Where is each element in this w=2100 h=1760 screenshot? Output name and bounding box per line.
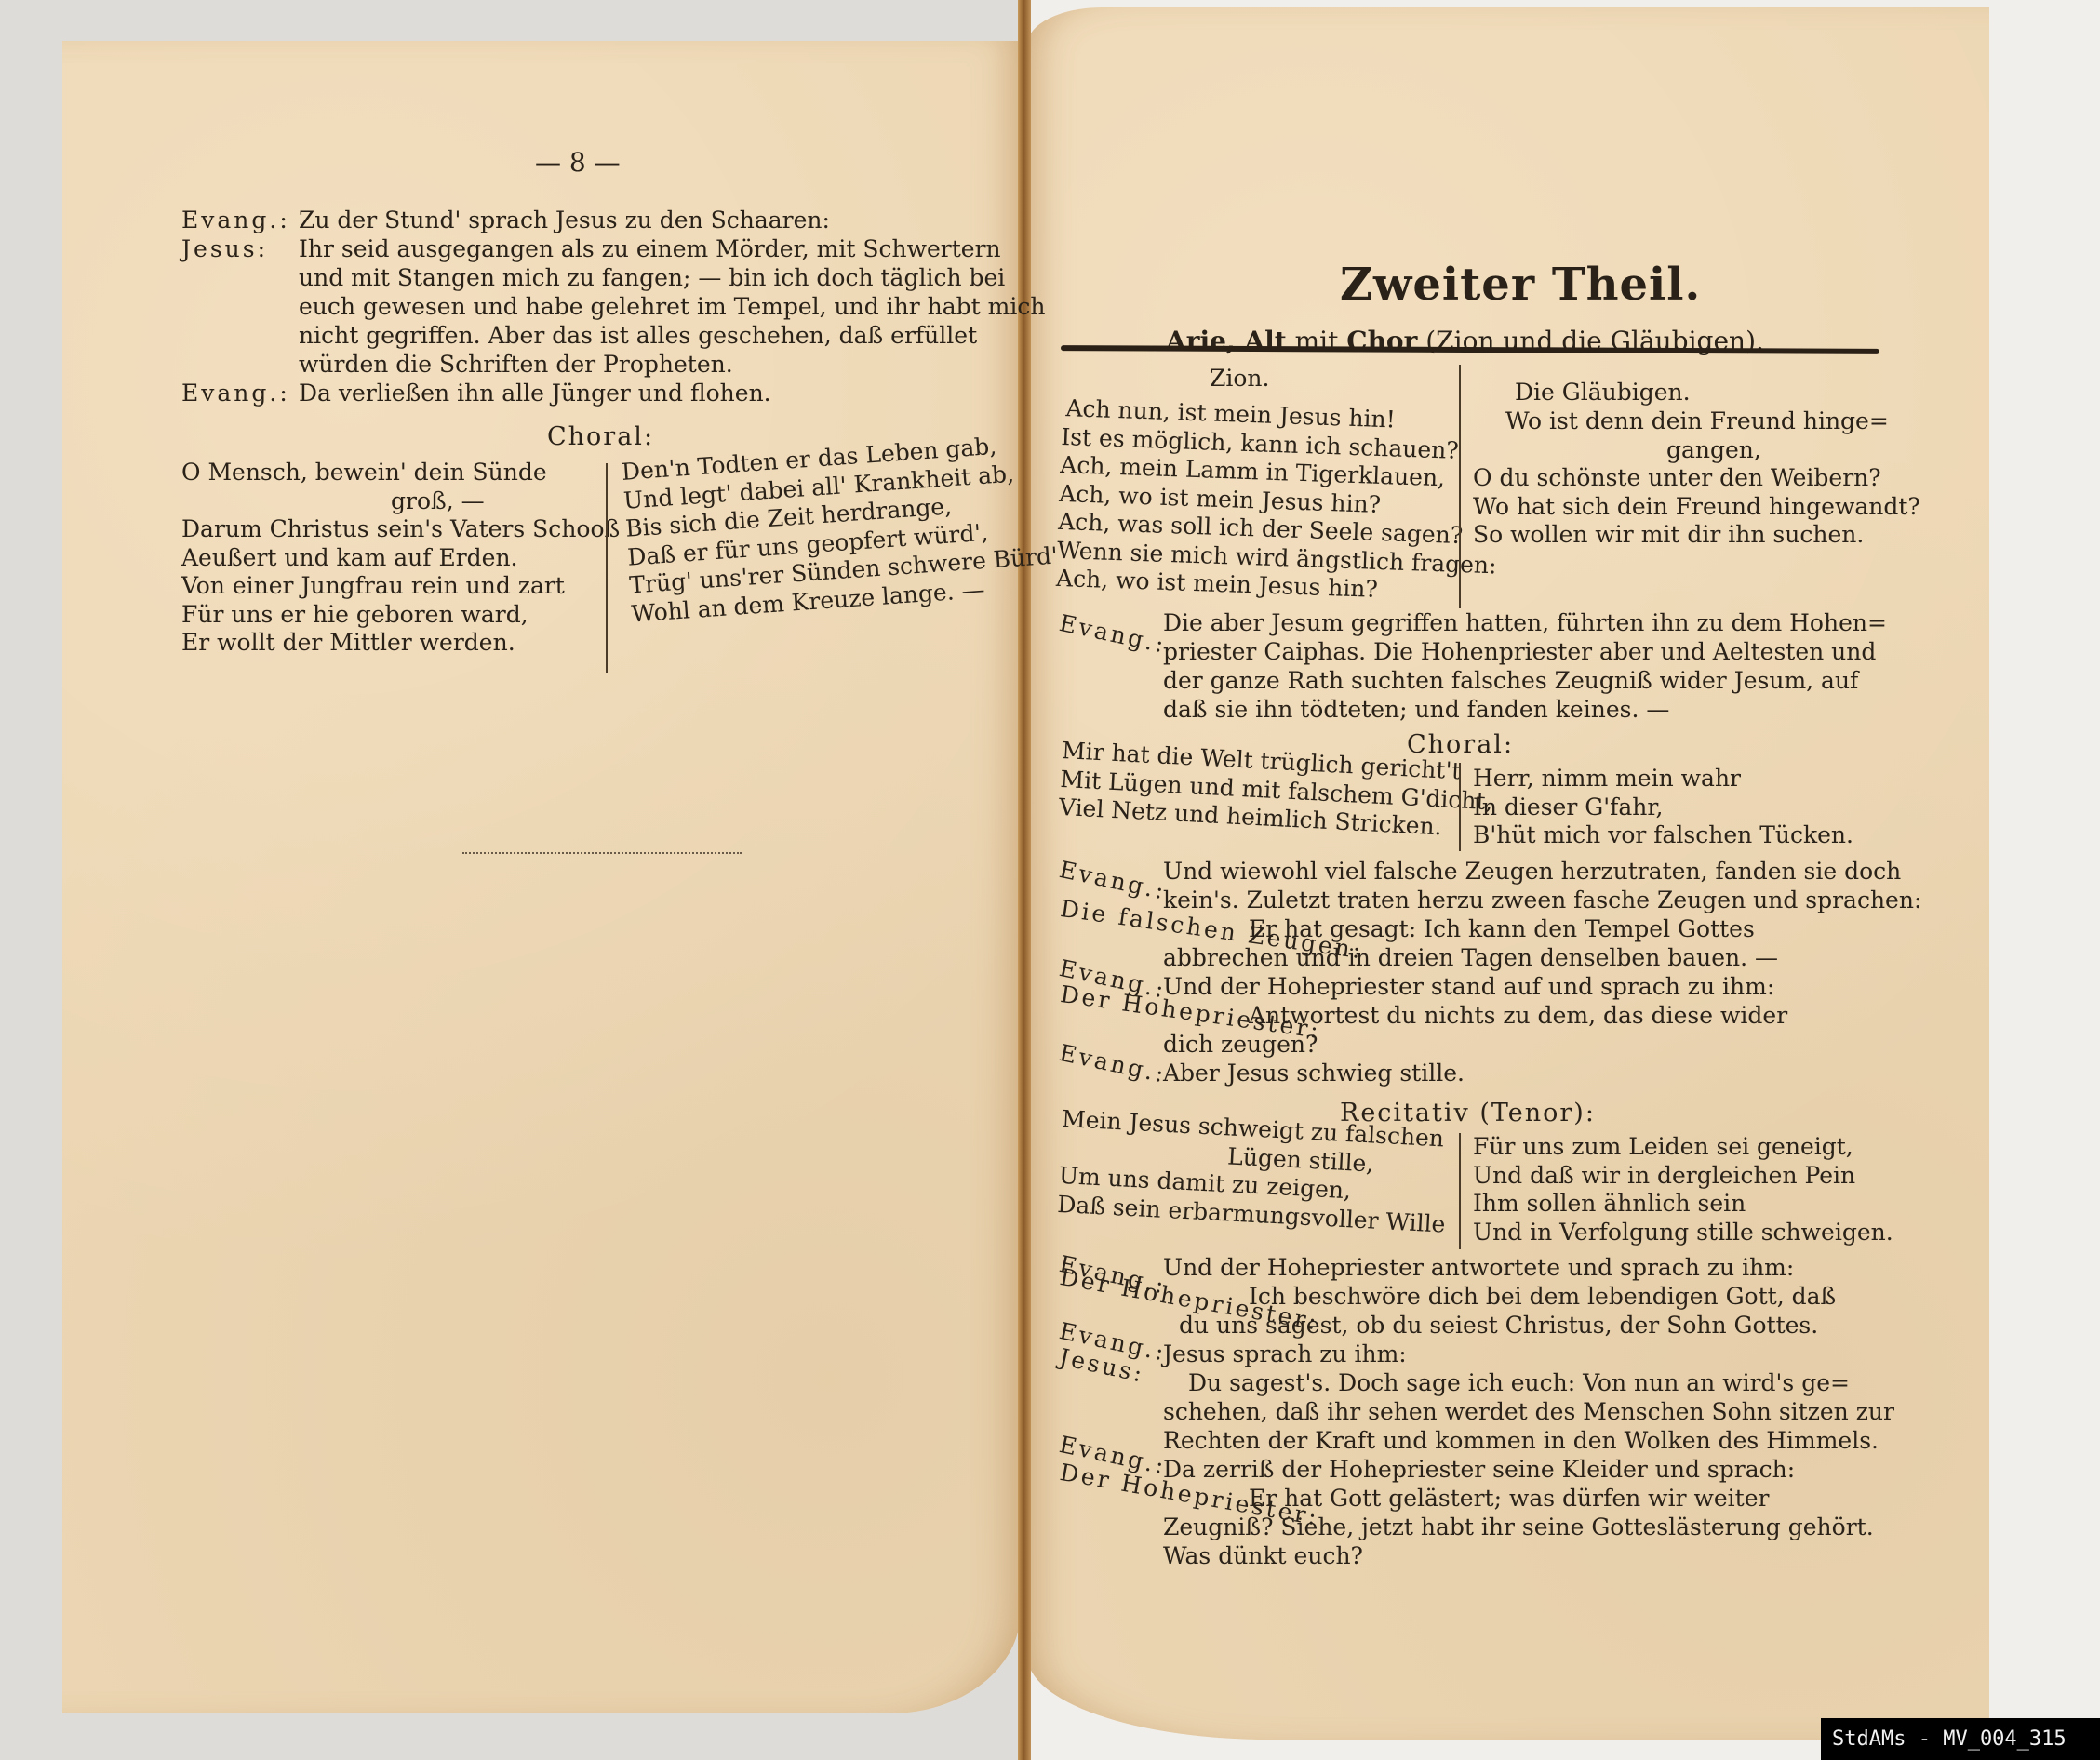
dialogue-line: Er hat gesagt: Ich kann den Tempel Gotte… — [1249, 915, 1755, 944]
dialogue-line: Die aber Jesum gegriffen hatten, führten… — [1163, 609, 1887, 638]
verse-line: gangen, — [1473, 436, 1920, 465]
dialogue-line: Und der Hohepriester antwortete und spra… — [1163, 1254, 1794, 1283]
verse-line: Darum Christus sein's Vaters Schooß — [181, 515, 620, 544]
column-divider — [606, 463, 608, 673]
dialogue-line: Du sagest's. Doch sage ich euch: Von nun… — [1188, 1369, 1850, 1398]
verse-line: O du schönste unter den Weibern? — [1473, 464, 1920, 493]
choral-heading: Choral: — [547, 423, 654, 452]
zion-column: Ach nun, ist mein Jesus hin! Ist es mögl… — [1056, 394, 1503, 608]
dialogue-line: Rechten der Kraft und kommen in den Wolk… — [1163, 1427, 1879, 1456]
zion-heading: Zion. — [1210, 365, 1269, 393]
verse-line: B'hüt mich vor falschen Tücken. — [1473, 821, 1853, 850]
dialogue-line: Und wiewohl viel falsche Zeugen herzutra… — [1163, 858, 1901, 887]
dialogue-line: priester Caiphas. Die Hohenpriester aber… — [1163, 638, 1876, 667]
verse-line: groß, — — [181, 487, 620, 516]
speaker-label: Evang.: — [181, 380, 290, 408]
decorative-wavy-rule — [462, 845, 742, 854]
verse-line: Wo ist denn dein Freund hinge= — [1473, 407, 1920, 436]
verse-line: In dieser G'fahr, — [1473, 793, 1853, 822]
column-divider — [1459, 365, 1461, 608]
verse-line: Aeußert und kam auf Erden. — [181, 544, 620, 573]
dialogue-line: Zu der Stund' sprach Jesus zu den Schaar… — [299, 207, 830, 235]
dialogue-line: Jesus sprach zu ihm: — [1163, 1340, 1407, 1369]
dialogue-line: Da verließen ihn alle Jünger und flohen. — [299, 380, 771, 408]
choral-right-column: Den'n Todten er das Leben gab, Und legt'… — [621, 429, 1061, 629]
dialogue-line: Er hat Gott gelästert; was dürfen wir we… — [1249, 1485, 1769, 1513]
choral-2-right-column: Herr, nimm mein wahr In dieser G'fahr, B… — [1473, 765, 1853, 850]
dialogue-line: Aber Jesus schwieg stille. — [1163, 1060, 1465, 1088]
recitativ-left-column: Mein Jesus schweigt zu falschen Lügen st… — [1057, 1105, 1451, 1239]
dialogue-line: euch gewesen und habe gelehret im Tempel… — [299, 293, 1045, 322]
dialogue-line: abbrechen und in dreien Tagen denselben … — [1163, 944, 1778, 973]
column-divider — [1459, 1133, 1461, 1249]
dialogue-line: Was dünkt euch? — [1163, 1542, 1363, 1571]
verse-line: Herr, nimm mein wahr — [1473, 765, 1853, 793]
dialogue-line: würden die Schriften der Propheten. — [299, 351, 733, 380]
section-title: Zweiter Theil. — [1340, 259, 1701, 311]
dialogue-line: schehen, daß ihr sehen werdet des Mensch… — [1163, 1398, 1894, 1427]
glaeubigen-column: Wo ist denn dein Freund hinge= gangen, O… — [1473, 407, 1920, 550]
verse-line: So wollen wir mit dir ihn suchen. — [1473, 521, 1920, 550]
dialogue-line: Da zerriß der Hohepriester seine Kleider… — [1163, 1456, 1795, 1485]
speaker-label: Jesus: — [181, 235, 268, 264]
archive-label: StdAMs - MV_004_315 — [1821, 1718, 2100, 1760]
page-number: — 8 — — [535, 147, 621, 178]
dialogue-line: Ihr seid ausgegangen als zu einem Mörder… — [299, 235, 1001, 264]
column-divider — [1459, 763, 1461, 851]
dialogue-line: daß sie ihn tödteten; und fanden keines.… — [1163, 696, 1669, 725]
book-gutter — [1018, 0, 1031, 1760]
dialogue-line: nicht gegriffen. Aber das ist alles gesc… — [299, 322, 977, 351]
verse-line: Wo hat sich dein Freund hingewandt? — [1473, 493, 1920, 522]
choral-left-column: O Mensch, bewein' dein Sünde groß, — Dar… — [181, 459, 620, 658]
verse-line: Und daß wir in dergleichen Pein — [1473, 1162, 1893, 1191]
dialogue-line: du uns sagest, ob du seiest Christus, de… — [1179, 1312, 1818, 1340]
verse-line: Für uns zum Leiden sei geneigt, — [1473, 1133, 1893, 1162]
verse-line: Von einer Jungfrau rein und zart — [181, 572, 620, 601]
verse-line: Und in Verfolgung stille schweigen. — [1473, 1219, 1893, 1247]
dialogue-line: kein's. Zuletzt traten herzu zween fasch… — [1163, 887, 1921, 915]
dialogue-line: dich zeugen? — [1163, 1031, 1318, 1060]
verse-line: Für uns er hie geboren ward, — [181, 601, 620, 630]
speaker-label: Evang.: — [181, 207, 290, 235]
recitativ-right-column: Für uns zum Leiden sei geneigt, Und daß … — [1473, 1133, 1893, 1247]
verse-line: O Mensch, bewein' dein Sünde — [181, 459, 620, 487]
dialogue-line: der ganze Rath suchten falsches Zeugniß … — [1163, 667, 1858, 696]
dialogue-line: Und der Hohepriester stand auf und sprac… — [1163, 973, 1774, 1002]
dialogue-line: Antwortest du nichts zu dem, das diese w… — [1249, 1002, 1787, 1031]
dialogue-line: und mit Stangen mich zu fangen; — bin ic… — [299, 264, 1005, 293]
dialogue-line: Ich beschwöre dich bei dem lebendigen Go… — [1249, 1283, 1836, 1312]
dialogue-line: Zeugniß? Siehe, jetzt habt ihr seine Got… — [1163, 1513, 1874, 1542]
verse-line: Ihm sollen ähnlich sein — [1473, 1190, 1893, 1219]
glaeubigen-heading: Die Gläubigen. — [1515, 379, 1691, 407]
verse-line: Er wollt der Mittler werden. — [181, 629, 620, 658]
